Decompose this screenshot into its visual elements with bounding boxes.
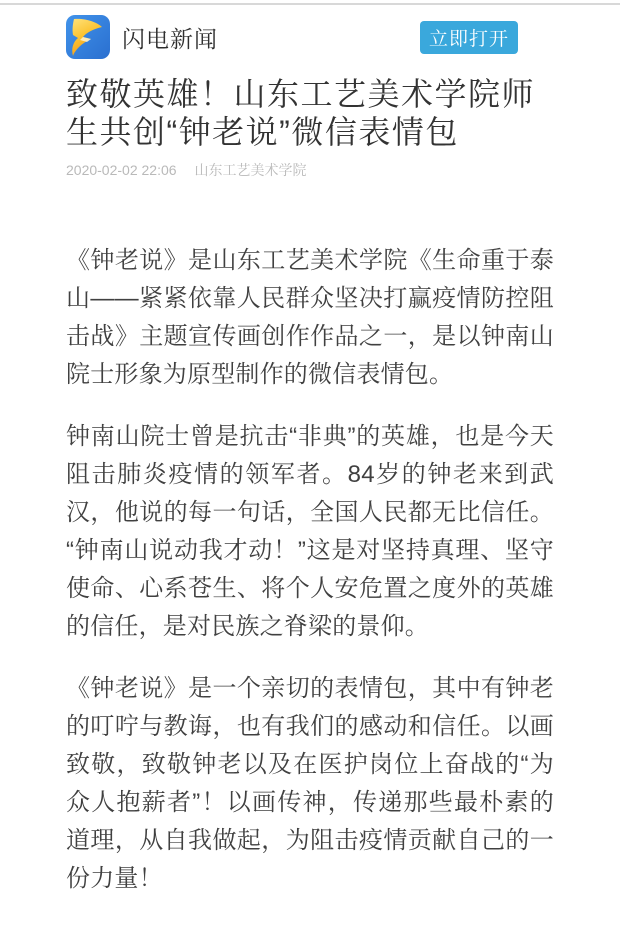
article-meta: 2020-02-02 22:06山东工艺美术学院 [66, 160, 554, 180]
open-app-button[interactable]: 立即打开 [420, 21, 518, 54]
paragraph-3: 《钟老说》是一个亲切的表情包，其中有钟老的叮咛与教诲，也有我们的感动和信任。以画… [66, 670, 554, 898]
lightning-bolt-icon [66, 15, 110, 59]
app-name: 闪电新闻 [122, 21, 218, 54]
publish-date: 2020-02-02 22:06 [66, 162, 177, 178]
article-body: 《钟老说》是山东工艺美术学院《生命重于泰山——紧紧依靠人民群众坚决打赢疫情防控阻… [66, 242, 554, 898]
app-banner: 闪电新闻 立即打开 [0, 13, 620, 61]
paragraph-1: 《钟老说》是山东工艺美术学院《生命重于泰山——紧紧依靠人民群众坚决打赢疫情防控阻… [66, 242, 554, 394]
article-source: 山东工艺美术学院 [195, 162, 307, 178]
paragraph-2: 钟南山院士曾是抗击“非典”的英雄，也是今天阻击肺炎疫情的领军者。84岁的钟老来到… [66, 418, 554, 646]
top-divider [0, 3, 620, 5]
article-title: 致敬英雄！山东工艺美术学院师生共创“钟老说”微信表情包 [66, 75, 554, 151]
article: 致敬英雄！山东工艺美术学院师生共创“钟老说”微信表情包 2020-02-02 2… [0, 75, 620, 898]
